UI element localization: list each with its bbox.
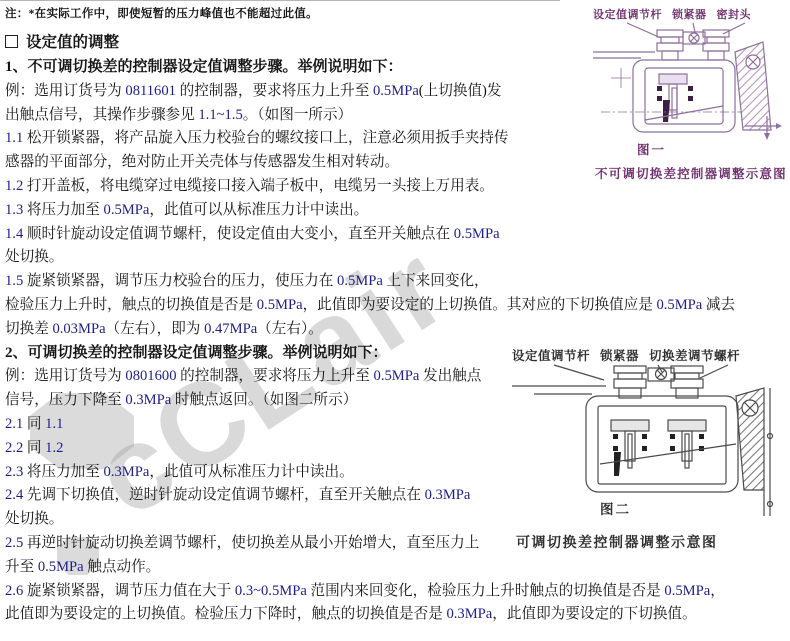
- text-line: 检验压力上升时，触点的切换值是否是 0.5MPa，此值即为要设定的上切换值。其对…: [5, 294, 790, 318]
- figure-1: 设定值调节杆 锁紧器 密封头: [593, 6, 789, 191]
- label-set-value-rod: 设定值调节杆: [512, 346, 590, 364]
- label-locker: 锁紧器: [600, 346, 639, 364]
- text-line: 1.3 将压力加至 0.5MPa，此值可以从标准压力计中读出。: [5, 199, 790, 223]
- square-bullet-icon: [5, 35, 18, 48]
- label-set-value-rod: 设定值调节杆: [593, 6, 662, 22]
- figure-2: 设定值调节杆 锁紧器 切换差调节螺杆: [512, 346, 790, 582]
- controller-cross-section-drawing-1: [593, 22, 783, 140]
- figure-1-number: 图一: [637, 140, 666, 158]
- text-line: 1.4 顺时针旋动设定值调节螺杆，使设定值由大变小，直至开关触点在 0.5MPa: [5, 223, 790, 247]
- label-locker: 锁紧器: [672, 6, 707, 22]
- text-line: 处切换。: [5, 246, 790, 270]
- figure-2-labels: 设定值调节杆 锁紧器 切换差调节螺杆: [512, 346, 790, 364]
- text-line: 2.6 旋紧锁紧器，调节压力值在大于 0.3~0.5MPa 范围内来回变化，检验…: [5, 580, 790, 604]
- text-line: 1.5 旋紧锁紧器，调节压力校验台的压力，使压力在 0.5MPa 上下来回变化，: [5, 270, 790, 294]
- label-switch-diff-screw: 切换差调节螺杆: [649, 346, 740, 364]
- label-seal-head: 密封头: [717, 6, 752, 22]
- text-line: 此值即为要设定的上切换值。检验压力下降时，触点的切换值是否是 0.3MPa，此值…: [5, 603, 790, 627]
- figure-1-labels: 设定值调节杆 锁紧器 密封头: [593, 6, 789, 22]
- figure-1-caption: 不可调切换差控制器调整示意图: [595, 164, 787, 182]
- figure-2-number: 图二: [600, 498, 631, 518]
- text-line: 切换差 0.03MPa（左右），即为 0.47MPa（左右）。: [5, 318, 790, 342]
- figure-2-caption: 可调切换差控制器调整示意图: [516, 532, 718, 552]
- section-title: 设定值的调整: [26, 30, 119, 52]
- document-page: cCLair 注：*在实际工作中，即使短暂的压力峰值也不能超过此值。 设定值的调…: [0, 0, 790, 641]
- controller-cross-section-drawing-2: [512, 364, 784, 522]
